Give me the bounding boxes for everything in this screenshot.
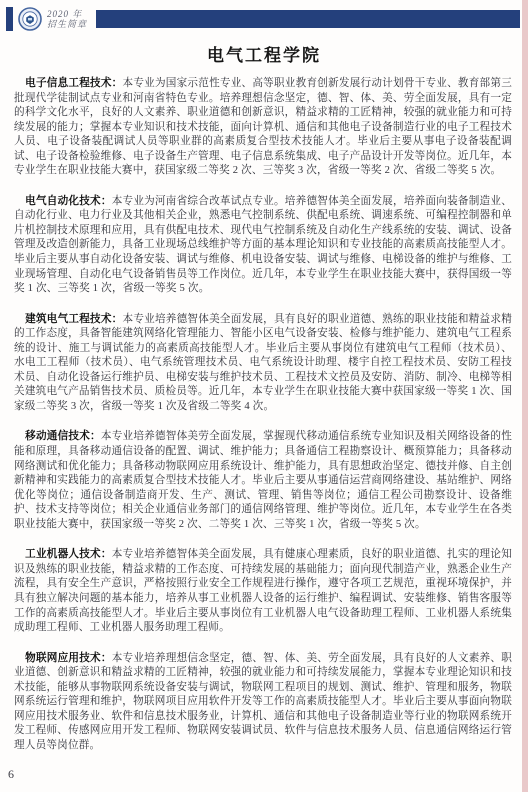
program-term: 电气自动化技术： — [25, 195, 112, 207]
program-body: 本专业培养德智体美全面发展，具有健康心理素质，良好的职业道德、扎实的理论知识及熟… — [14, 549, 512, 633]
school-logo-icon — [18, 7, 42, 31]
program-body: 本专业为国家示范性专业、高等职业教育创新发展行动计划骨干专业、教育部第三批现代学… — [14, 78, 512, 176]
program-term: 电子信息工程技术： — [25, 77, 122, 89]
program-paragraph-industrial-robot: 工业机器人技术：本专业培养德智体美全面发展，具有健康心理素质，良好的职业道德、扎… — [14, 547, 512, 635]
program-body: 本专业培养德智体美全面发展，具有良好的职业道德、熟练的职业技能和精益求精的工作态… — [14, 314, 512, 412]
header-bar — [96, 10, 520, 28]
page-header: 2020 年 招生简章 — [0, 0, 528, 32]
program-term: 工业机器人技术： — [25, 548, 112, 560]
brochure-year-block: 2020 年 招生简章 — [47, 9, 87, 30]
program-paragraph-iot-application: 物联网应用技术：本专业培养理想信念坚定，德、智、体、美、劳全面发展，具有良好的人… — [14, 651, 512, 754]
page-number: 6 — [8, 767, 14, 782]
program-term: 物联网应用技术： — [25, 652, 112, 664]
program-paragraph-electrical-automation: 电气自动化技术：本专业为河南省综合改革试点专业。培养德智体美全面发展，培养面向装… — [14, 194, 512, 297]
page-body: 电子信息工程技术：本专业为国家示范性专业、高等职业教育创新发展行动计划骨干专业、… — [0, 76, 528, 753]
program-paragraph-mobile-communication: 移动通信技术：本专业培养德智体美劳全面发展，掌握现代移动通信系统专业知识及相关网… — [14, 429, 512, 532]
program-paragraph-building-electrical: 建筑电气工程技术：本专业培养德智体美全面发展，具有良好的职业道德、熟练的职业技能… — [14, 312, 512, 415]
program-term: 建筑电气工程技术： — [25, 313, 122, 325]
program-body: 本专业培养理想信念坚定，德、智、体、美、劳全面发展，具有良好的人文素养、职业道德… — [14, 653, 512, 751]
program-body: 本专业为河南省综合改革试点专业。培养德智体美全面发展，培养面向装备制造业、自动化… — [14, 196, 512, 294]
program-term: 移动通信技术： — [25, 430, 101, 442]
program-body: 本专业培养德智体美劳全面发展，掌握现代移动通信系统专业知识及相关网络设备的性能和… — [14, 431, 512, 529]
brochure-page: 2020 年 招生简章 电气工程学院 电子信息工程技术：本专业为国家示范性专业、… — [0, 0, 528, 792]
header-accent-bar — [6, 7, 13, 31]
page-edge-strip — [522, 0, 528, 792]
page-title: 电气工程学院 — [0, 41, 528, 66]
program-paragraph-electronic-info: 电子信息工程技术：本专业为国家示范性专业、高等职业教育创新发展行动计划骨干专业、… — [14, 76, 512, 179]
brochure-year: 2020 年 — [47, 9, 87, 20]
brochure-name: 招生简章 — [47, 19, 87, 30]
